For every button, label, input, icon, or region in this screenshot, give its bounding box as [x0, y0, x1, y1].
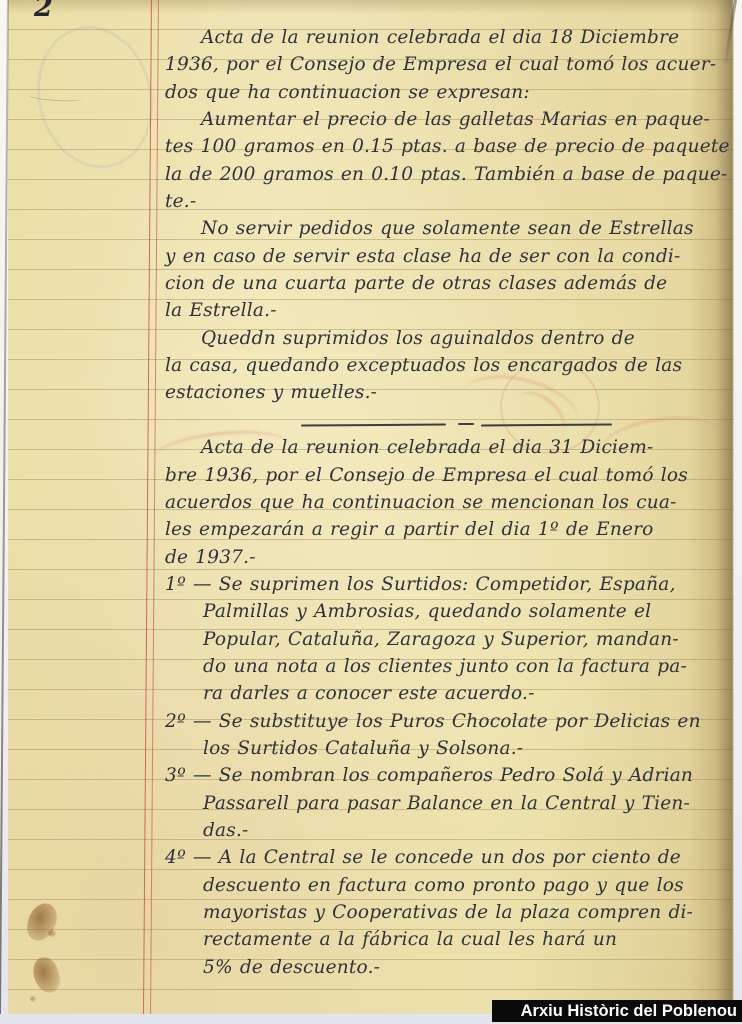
- manuscript-line: los Surtidos Cataluña y Solsona.-: [165, 735, 734, 762]
- manuscript-line: estaciones y muelles.-: [165, 379, 734, 406]
- scanned-document: 2 Acta de la reunion celebrada el dia 18…: [0, 0, 742, 1024]
- manuscript-line: de 1937.-: [165, 544, 734, 571]
- manuscript-line: tes 100 gramos en 0.15 ptas. a base de p…: [165, 133, 734, 160]
- page-number: 2: [34, 0, 53, 23]
- manuscript-line: la casa, quedando exceptuados los encarg…: [165, 352, 734, 379]
- archive-credit-bar: Arxiu Històric del Poblenou: [492, 1000, 742, 1022]
- manuscript-line: Queddn suprimidos los aguinaldos dentro …: [165, 325, 734, 352]
- paper-stain: [48, 930, 56, 937]
- page-top-shadow: [8, 0, 734, 14]
- manuscript-line: No servir pedidos que solamente sean de …: [165, 215, 734, 242]
- divider-stroke: [301, 423, 446, 426]
- section-divider: [165, 407, 734, 434]
- manuscript-line: dos que ha continuacion se expresan:: [165, 79, 734, 106]
- manuscript-line: do una nota a los clientes junto con la …: [165, 653, 734, 680]
- manuscript-line: 3º — Se nombran los compañeros Pedro Sol…: [165, 762, 734, 789]
- manuscript-line: Acta de la reunion celebrada el dia 31 D…: [165, 434, 734, 461]
- manuscript-line: y en caso de servir esta clase ha de ser…: [165, 243, 734, 270]
- manuscript-line: 4º — A la Central se le concede un dos p…: [165, 844, 734, 871]
- manuscript-line: cion de una cuarta parte de otras clases…: [165, 270, 734, 297]
- manuscript-line: 5% de descuento.-: [165, 954, 734, 981]
- manuscript-line: la Estrella.-: [165, 297, 734, 324]
- manuscript-line: Passarell para pasar Balance en la Centr…: [165, 790, 734, 817]
- manuscript-line: les empezarán a regir a partir del dia 1…: [165, 516, 734, 543]
- manuscript-line: rectamente a la fábrica la cual les hará…: [165, 926, 734, 953]
- manuscript-line: Acta de la reunion celebrada el dia 18 D…: [165, 24, 734, 51]
- manuscript-line: acuerdos que ha continuacion se menciona…: [165, 489, 734, 516]
- manuscript-line: Aumentar el precio de las galletas Maria…: [165, 106, 734, 133]
- manuscript-line: Palmillas y Ambrosias, quedando solament…: [165, 598, 734, 625]
- archive-credit-text: Arxiu Històric del Poblenou: [521, 1002, 737, 1020]
- paper-stain: [30, 996, 36, 1002]
- divider-stroke: [458, 423, 474, 425]
- notebook-page: 2 Acta de la reunion celebrada el dia 18…: [8, 0, 734, 1015]
- manuscript-line: das.-: [165, 817, 734, 844]
- manuscript-line: mayoristas y Cooperativas de la plaza co…: [165, 899, 734, 926]
- manuscript-line: ra darles a conocer este acuerdo.-: [165, 680, 734, 707]
- manuscript-line: te.-: [165, 188, 734, 215]
- manuscript-line: descuento en factura como pronto pago y …: [165, 872, 734, 899]
- divider-stroke: [481, 423, 612, 426]
- manuscript-text: Acta de la reunion celebrada el dia 18 D…: [165, 24, 734, 981]
- manuscript-line: 1936, por el Consejo de Empresa el cual …: [165, 51, 734, 78]
- manuscript-line: 2º — Se substituye los Puros Chocolate p…: [165, 708, 734, 735]
- manuscript-line: bre 1936, por el Consejo de Empresa el c…: [165, 462, 734, 489]
- manuscript-line: Popular, Cataluña, Zaragoza y Superior, …: [165, 626, 734, 653]
- manuscript-line: la de 200 gramos en 0.10 ptas. También a…: [165, 161, 734, 188]
- manuscript-line: 1º — Se suprimen los Surtidos: Competido…: [165, 571, 734, 598]
